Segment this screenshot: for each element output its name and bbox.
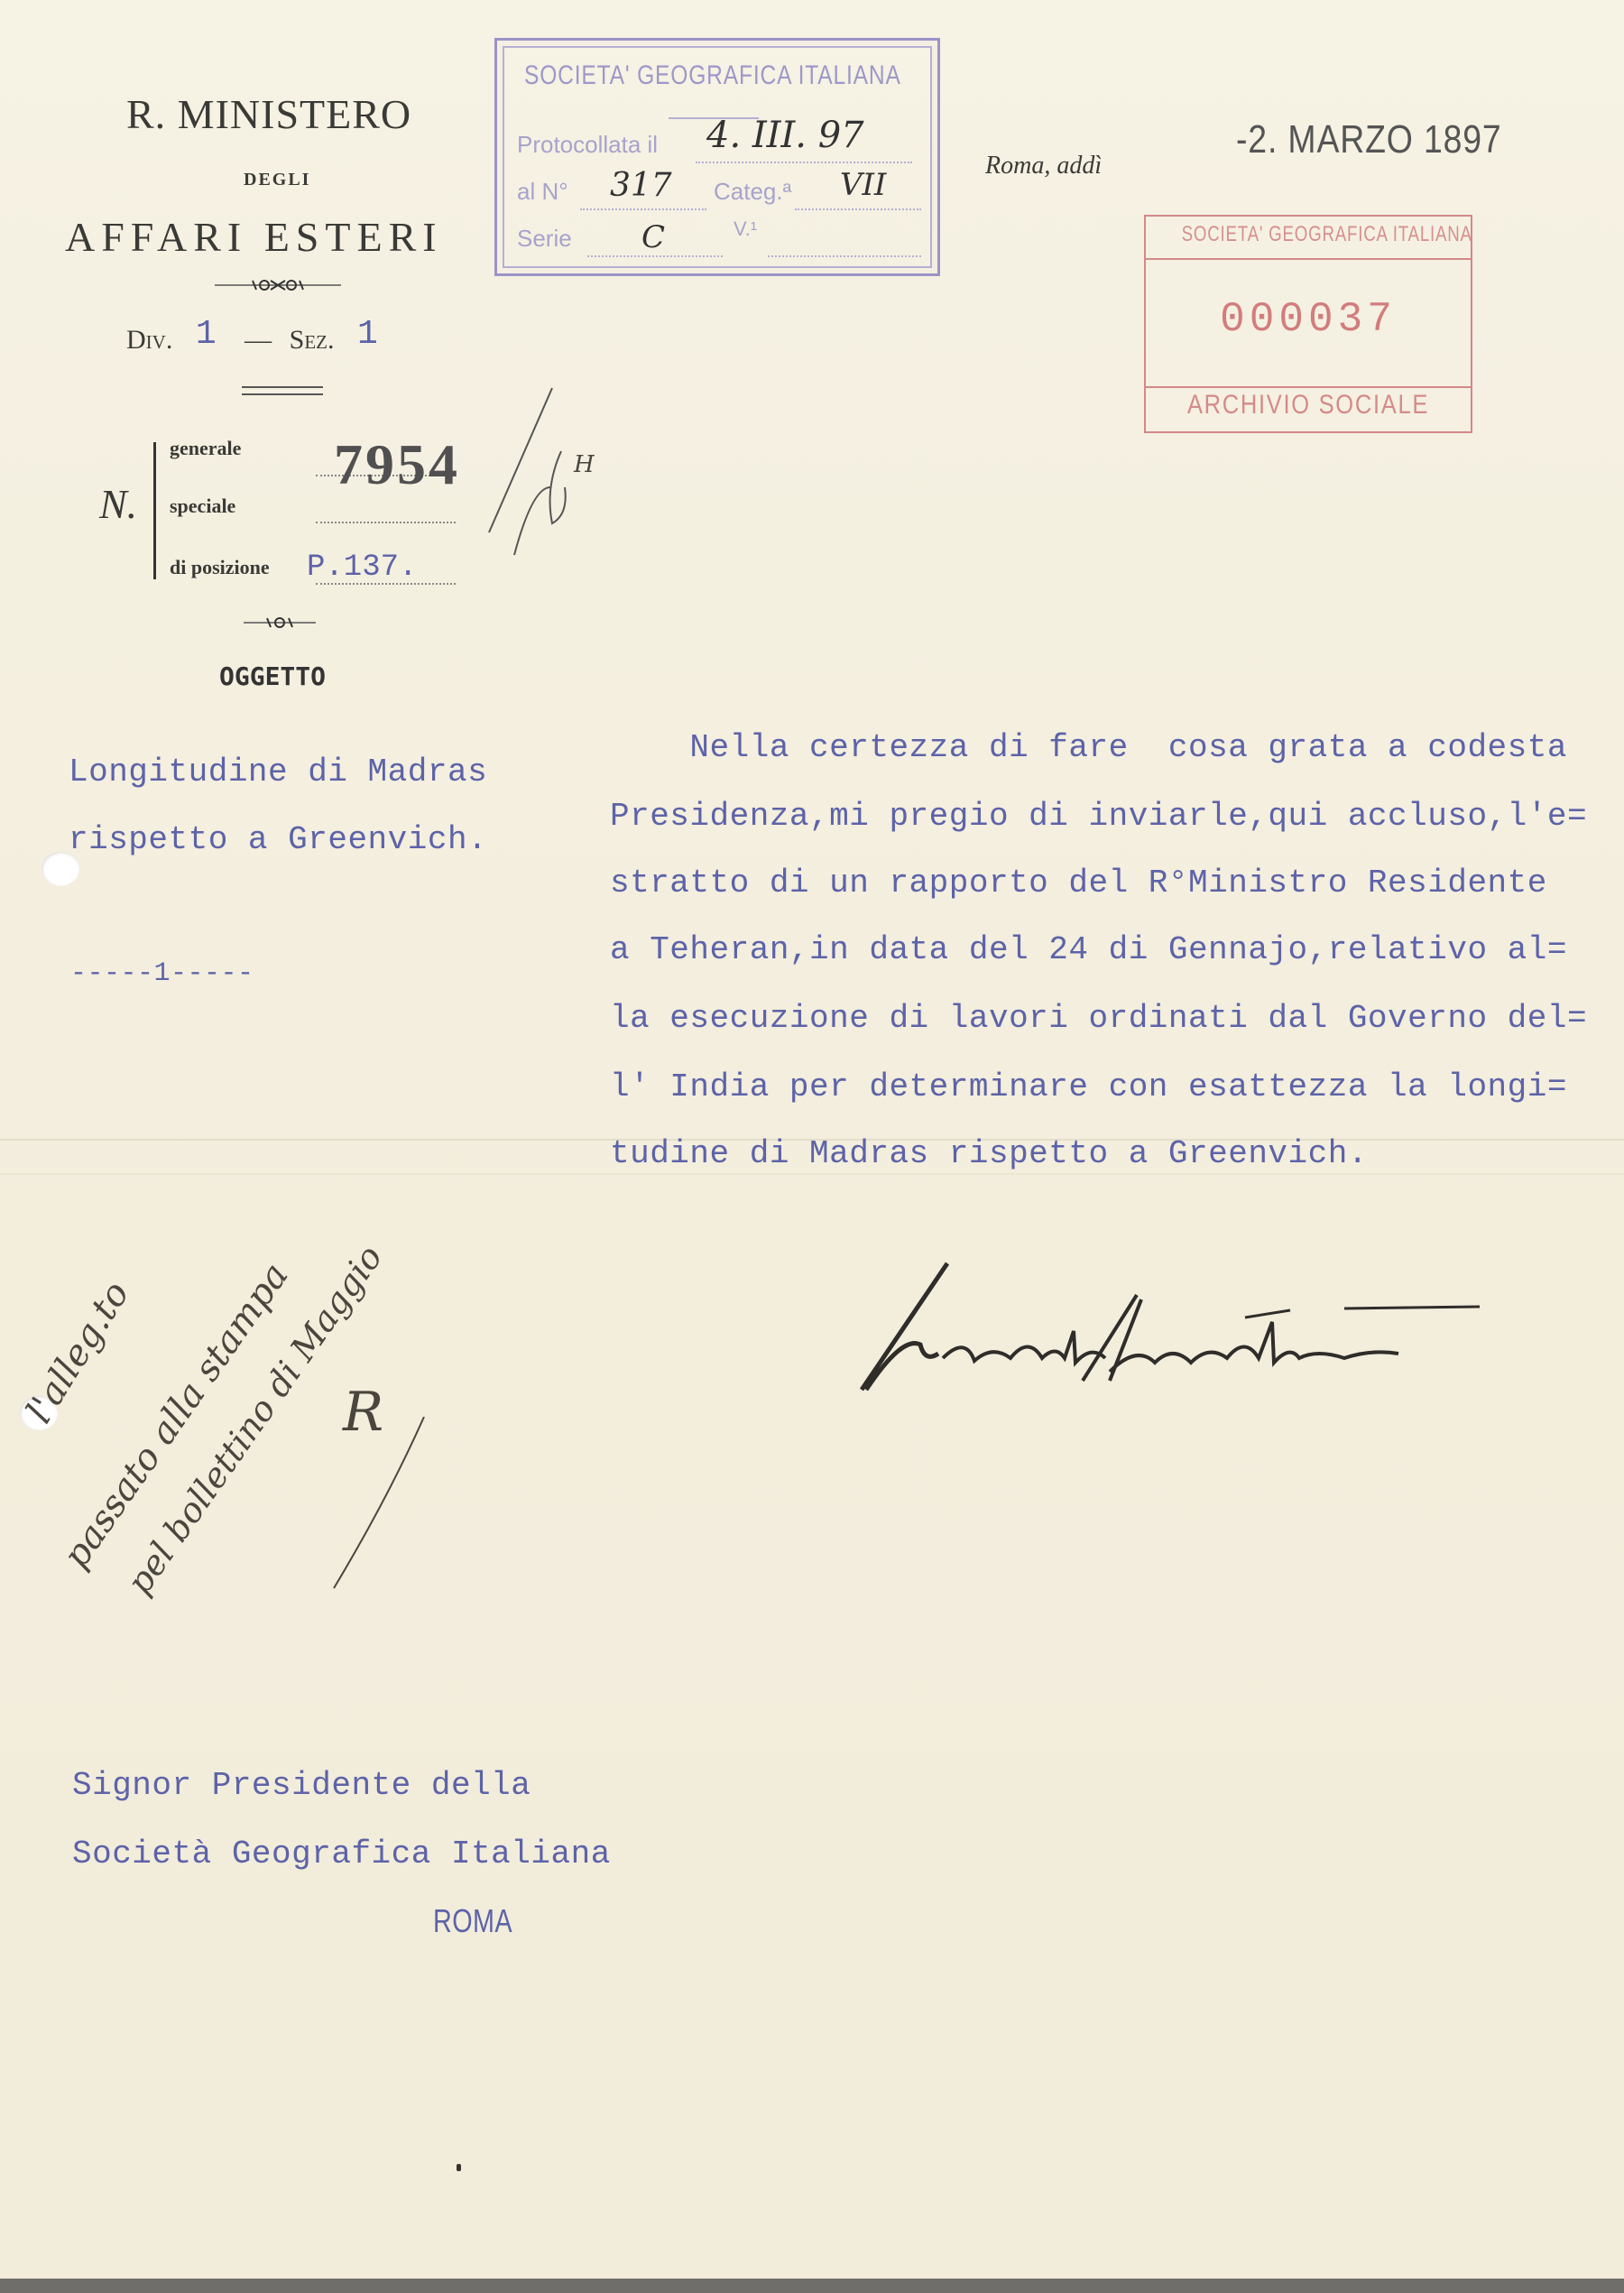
serie-value: C <box>641 219 665 255</box>
signature-scribble-icon <box>839 1245 1597 1417</box>
numero-value: 317 <box>610 167 672 204</box>
addressee-line-2: Società Geografica Italiana <box>72 1835 611 1872</box>
body-line: la esecuzione di lavori ordinati dal Gov… <box>610 1000 1587 1037</box>
archive-stamp-footer: ARCHIVIO SOCIALE <box>1170 390 1446 421</box>
initials-flourish-icon <box>325 1417 433 1597</box>
letterhead-degli: DEGLI <box>244 170 310 190</box>
archive-stamp: SOCIETA' GEOGRAFICA ITALIANA 000037 ARCH… <box>1144 215 1472 433</box>
serie-line <box>587 255 723 257</box>
generale-number: 7954 <box>334 431 460 498</box>
sez-value: 1 <box>357 315 378 354</box>
marginal-note-line: l'alleg.to <box>18 1274 137 1430</box>
protocollata-line <box>696 162 912 163</box>
body-line: tudine di Madras rispetto a Greenvich. <box>610 1135 1368 1172</box>
addressee-line-1: Signor Presidente della <box>72 1767 531 1804</box>
posizione-label: di posizione <box>170 556 270 579</box>
body-line: Nella certezza di fare cosa grata a code… <box>610 729 1567 766</box>
categoria-value: VII <box>840 167 886 203</box>
brace <box>153 442 165 579</box>
generale-label: generale <box>170 437 241 460</box>
protocollata-value: 4. III. 97 <box>706 115 864 156</box>
n-label: N. <box>99 480 137 528</box>
body-line: stratto di un rapporto del R°Ministro Re… <box>610 864 1547 901</box>
subject-line-2: rispetto a Greenvich. <box>69 821 487 858</box>
protocollata-label: Protocollata il <box>517 131 658 159</box>
addressee-city: ROMA <box>433 1902 512 1940</box>
dateline-date: -2. MARZO 1897 <box>1236 117 1502 162</box>
posizione-value: P.137. <box>307 550 417 585</box>
vol-line <box>768 255 921 257</box>
div-value: 1 <box>196 315 217 354</box>
categoria-label: Categ.ª <box>714 178 791 206</box>
subject-line-1: Longitudine di Madras <box>69 754 487 791</box>
archive-stamp-rule <box>1146 258 1471 260</box>
handwritten-superscript: H <box>574 451 595 478</box>
marginal-note: l'alleg.to passato alla stampa pel bolle… <box>36 1146 451 1579</box>
ornament-small-icon <box>244 616 316 629</box>
scan-bottom-edge <box>0 2279 1624 2293</box>
categoria-line <box>795 208 921 210</box>
letterhead-ministry: R. MINISTERO <box>126 90 411 138</box>
protocol-stamp: SOCIETA' GEOGRAFICA ITALIANA Protocollat… <box>494 38 940 276</box>
ornament-divider-icon <box>215 278 341 292</box>
division-section-row: Div. 1 — Sez. 1 <box>126 320 378 359</box>
body-line: a Teheran,in data del 24 di Gennajo,rela… <box>610 931 1567 968</box>
body-line: Presidenza,mi pregio di inviarle,qui acc… <box>610 798 1587 835</box>
archive-stamp-title: SOCIETA' GEOGRAFICA ITALIANA <box>1182 222 1435 247</box>
letterhead-affari-esteri: AFFARI ESTERI <box>65 213 443 261</box>
speciale-dotted-line <box>316 522 456 523</box>
speciale-label: speciale <box>170 495 235 518</box>
double-rule <box>242 386 323 395</box>
numero-line <box>580 208 706 210</box>
numero-label: al N° <box>517 178 568 206</box>
vol-label: V.¹ <box>734 217 757 241</box>
div-label: Div. <box>126 325 172 355</box>
sez-label: Sez. <box>290 325 335 355</box>
dateline-place: Roma, addì <box>985 152 1102 180</box>
signature: Visconti Venosta <box>839 1245 1597 1417</box>
archive-number: 000037 <box>1146 296 1471 343</box>
oggetto-label: OGGETTO <box>219 661 326 691</box>
sez-separator: — <box>245 325 272 355</box>
body-line: l' India per determinare con esattezza l… <box>610 1068 1567 1105</box>
protocol-stamp-title: SOCIETA' GEOGRAFICA ITALIANA <box>524 60 901 91</box>
serie-label: Serie <box>517 225 572 253</box>
archive-stamp-rule <box>1146 386 1471 388</box>
enclosure-count: -----1----- <box>70 958 254 989</box>
ink-mark <box>457 2164 461 2171</box>
